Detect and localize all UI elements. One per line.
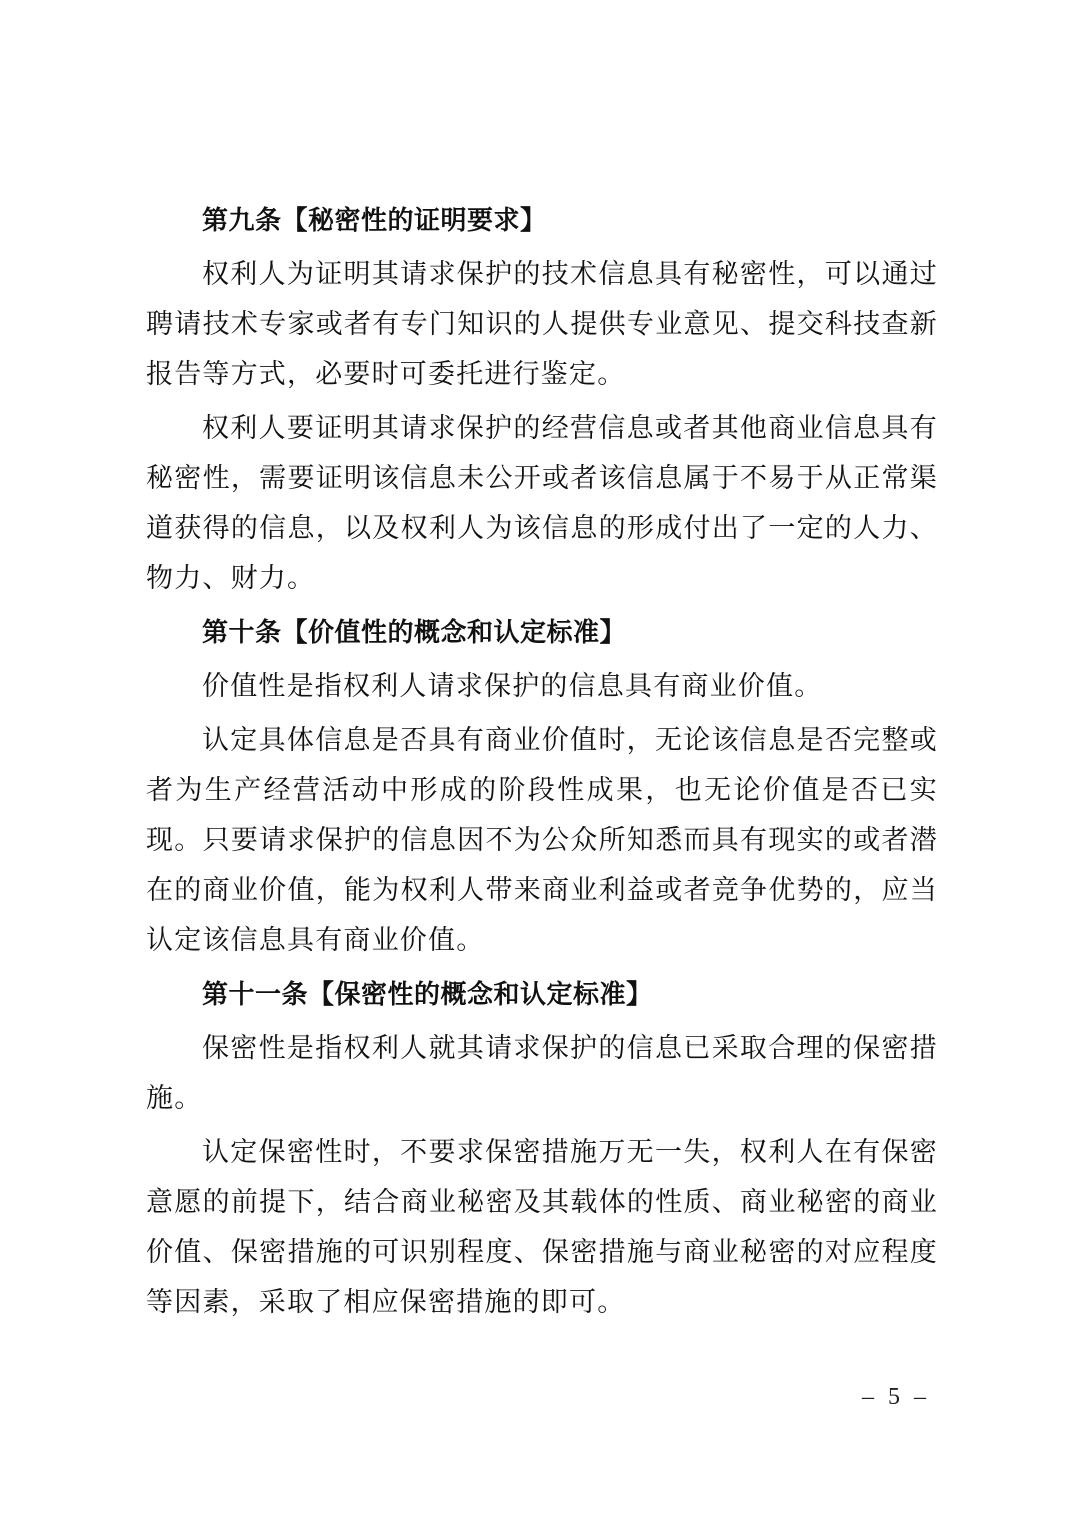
- document-page: 第九条【秘密性的证明要求】 权利人为证明其请求保护的技术信息具有秘密性，可以通过…: [146, 196, 938, 1332]
- article-10: 第十条【价值性的概念和认定标准】 价值性是指权利人请求保护的信息具有商业价值。 …: [146, 608, 938, 966]
- page-number: – 5 –: [862, 1384, 930, 1411]
- article-10-heading: 第十条【价值性的概念和认定标准】: [146, 608, 938, 658]
- article-9-heading: 第九条【秘密性的证明要求】: [146, 196, 938, 246]
- article-9: 第九条【秘密性的证明要求】 权利人为证明其请求保护的技术信息具有秘密性，可以通过…: [146, 196, 938, 604]
- article-10-paragraph-2: 认定具体信息是否具有商业价值时，无论该信息是否完整或者为生产经营活动中形成的阶段…: [146, 716, 938, 966]
- article-9-paragraph-2: 权利人要证明其请求保护的经营信息或者其他商业信息具有秘密性，需要证明该信息未公开…: [146, 404, 938, 604]
- article-11: 第十一条【保密性的概念和认定标准】 保密性是指权利人就其请求保护的信息已采取合理…: [146, 970, 938, 1328]
- article-11-paragraph-2: 认定保密性时，不要求保密措施万无一失，权利人在有保密意愿的前提下，结合商业秘密及…: [146, 1128, 938, 1328]
- article-11-heading: 第十一条【保密性的概念和认定标准】: [146, 970, 938, 1020]
- article-11-paragraph-1: 保密性是指权利人就其请求保护的信息已采取合理的保密措施。: [146, 1024, 938, 1124]
- article-10-paragraph-1: 价值性是指权利人请求保护的信息具有商业价值。: [146, 662, 938, 712]
- article-9-paragraph-1: 权利人为证明其请求保护的技术信息具有秘密性，可以通过聘请技术专家或者有专门知识的…: [146, 250, 938, 400]
